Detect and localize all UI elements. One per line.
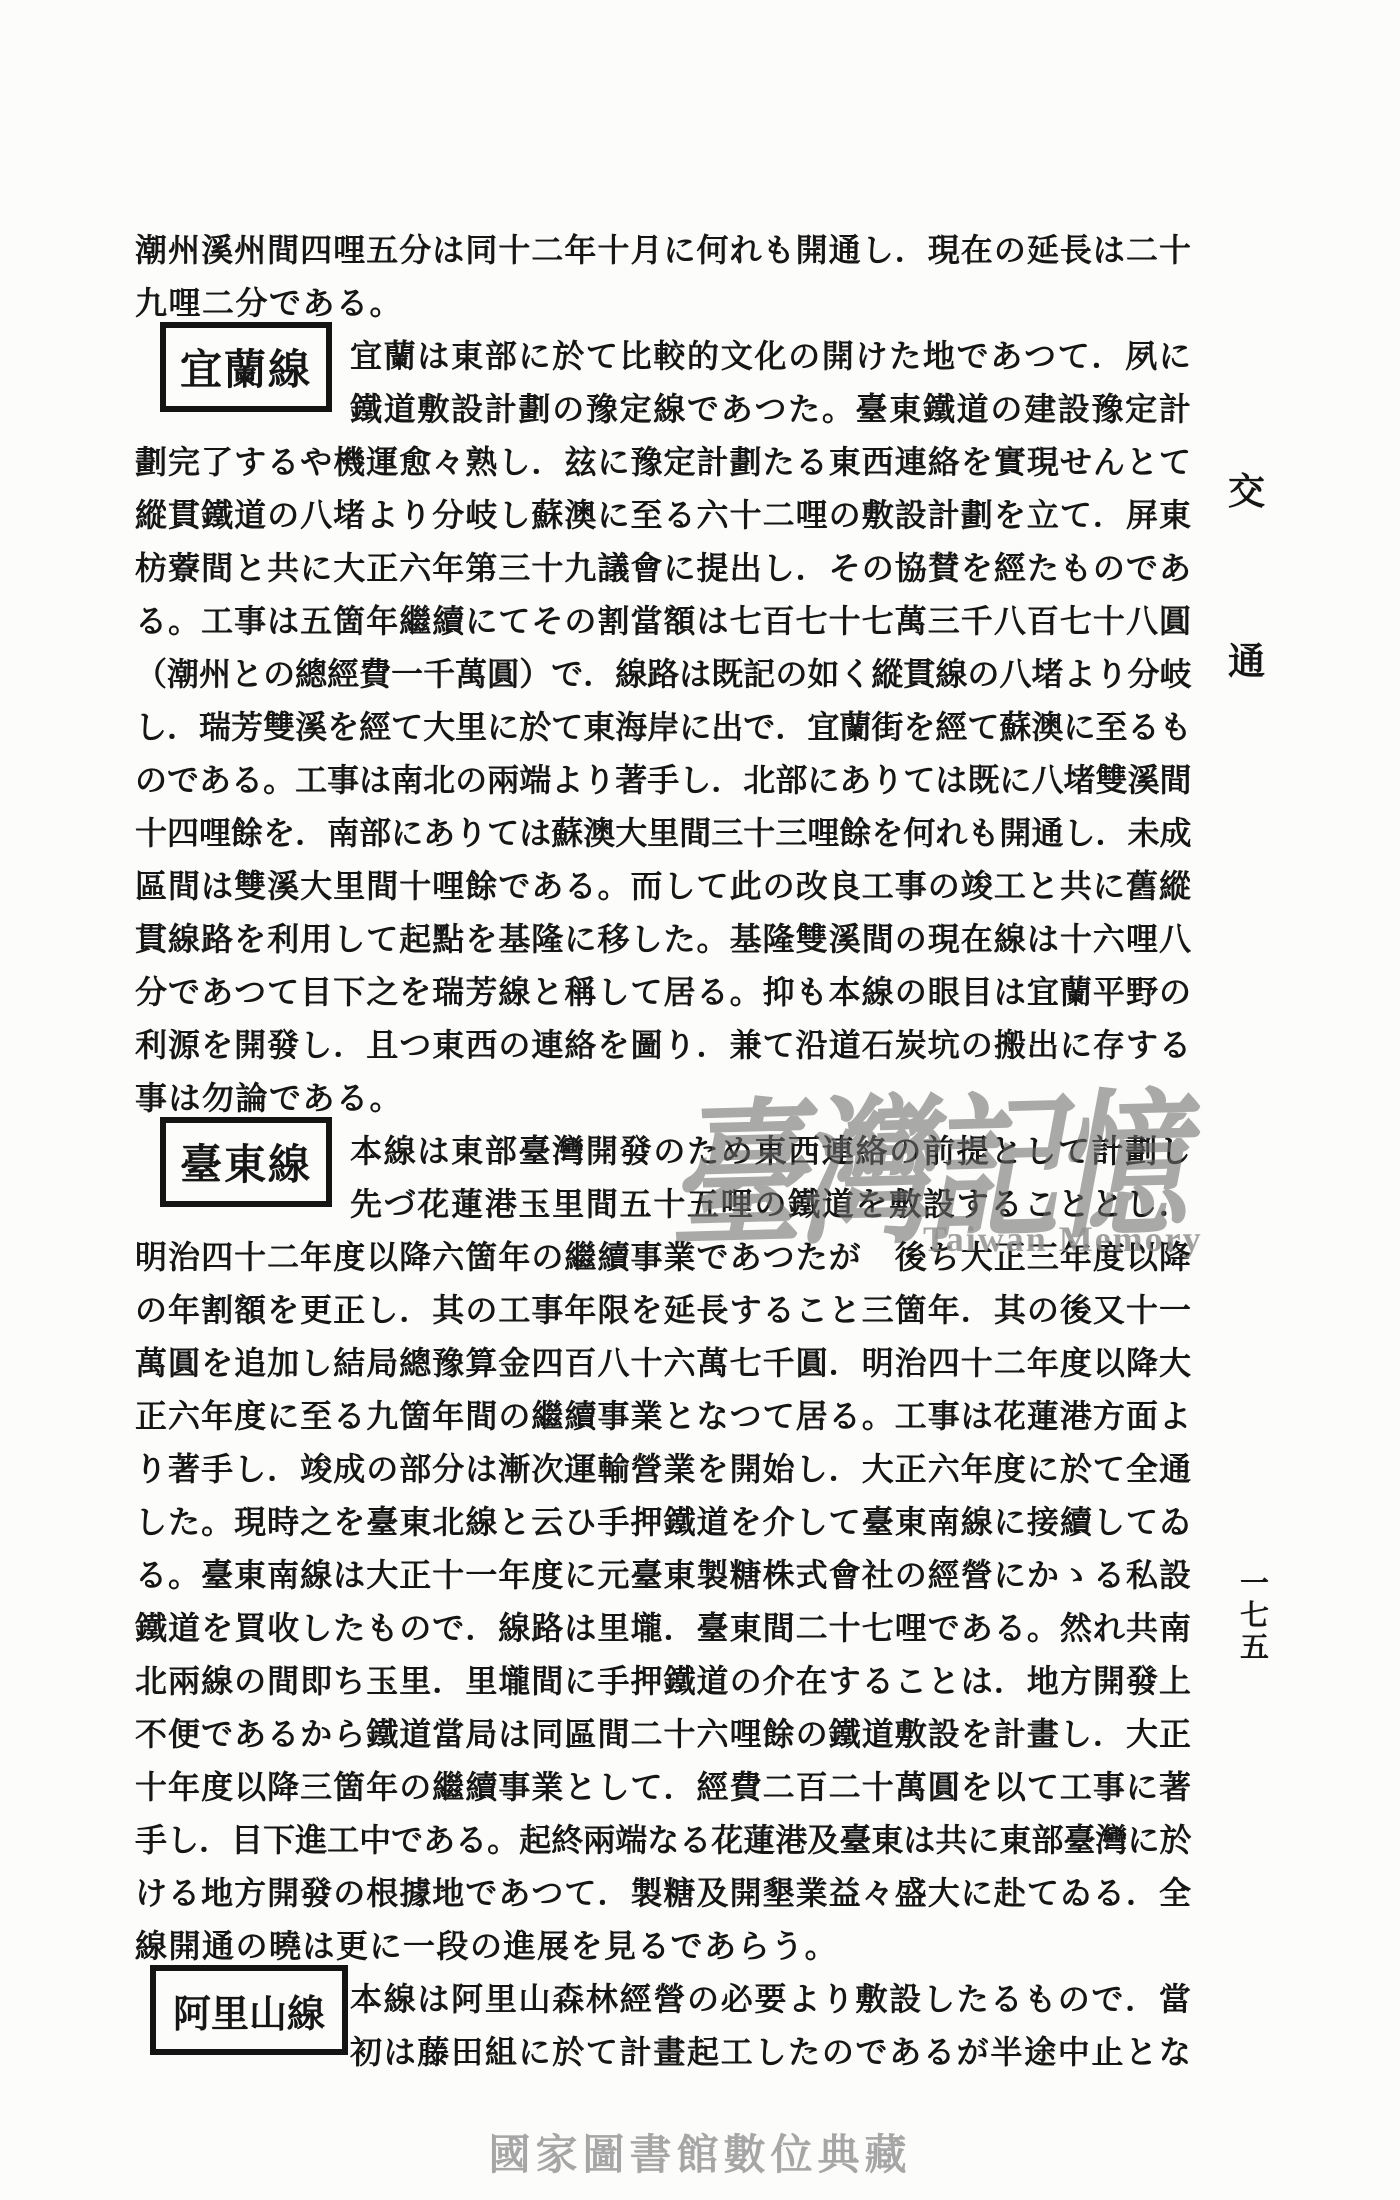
text-line: 利源を開發し．且つ東西の連絡を圖り．兼て沿道石炭坑の搬出に存する <box>135 1025 1191 1065</box>
margin-char: 七 <box>1240 1602 1269 1631</box>
margin-char: 通 <box>1228 644 1265 681</box>
document-text-block: 潮州溪州間四哩五分は同十二年十月に何れも開通し．現在の延長は二十九哩二分である。… <box>0 0 1400 2200</box>
text-line: ける地方開發の根據地であつて．製糖及開墾業益々盛大に赴てゐる．全 <box>135 1873 1191 1913</box>
text-line: 鐵道を買收したもので．線路は里壠．臺東間二十七哩である。然れ共南 <box>135 1608 1191 1648</box>
text-line: 萬圓を追加し結局總豫算金四百八十六萬七千圓．明治四十二年度以降大 <box>135 1343 1191 1383</box>
margin-char: 一 <box>1240 1570 1269 1599</box>
library-collection-footer: 國家圖書館數位典藏 <box>488 2122 911 2182</box>
text-line: 縱貫鐵道の八堵より分岐し蘇澳に至る六十二哩の敷設計劃を立て．屏東 <box>135 495 1191 535</box>
text-line: し．瑞芳雙溪を經て大里に於て東海岸に出で．宜蘭街を經て蘇澳に至るも <box>135 707 1191 747</box>
text-line: 鐵道敷設計劃の豫定線であつた。臺東鐵道の建設豫定計 <box>350 389 1191 429</box>
scanned-document-page: 潮州溪州間四哩五分は同十二年十月に何れも開通し．現在の延長は二十九哩二分である。… <box>0 0 1400 2200</box>
section-label-box: 臺東線 <box>160 1117 332 1207</box>
section-label-box: 阿里山線 <box>150 1965 348 2055</box>
margin-char: 五 <box>1240 1634 1269 1663</box>
text-line: 分であつて目下之を瑞芳線と稱して居る。抑も本線の眼目は宜蘭平野の <box>135 972 1191 1012</box>
text-line: 枋藔間と共に大正六年第三十九議會に提出し．その協賛を經たものであ <box>135 548 1191 588</box>
text-line: 九哩二分である。 <box>135 283 1191 323</box>
text-line: （潮州との總經費一千萬圓）で．線路は既記の如く縱貫線の八堵より分岐 <box>135 654 1191 694</box>
margin-char: 交 <box>1228 474 1265 511</box>
section-label: 臺東線 <box>180 1132 312 1192</box>
text-line: の年割額を更正し．其の工事年限を延長すること三箇年．其の後又十一 <box>135 1290 1191 1330</box>
text-line: 線開通の曉は更に一段の進展を見るであらう。 <box>135 1926 1191 1966</box>
text-line: 本線は阿里山森林經營の必要より敷設したるもので．當 <box>350 1979 1191 2019</box>
text-line: る。工事は五箇年繼續にてその割當額は七百七十七萬三千八百七十八圓 <box>135 601 1191 641</box>
text-line: 初は藤田組に於て計畫起工したのであるが半途中止とな <box>350 2032 1191 2072</box>
text-line: 潮州溪州間四哩五分は同十二年十月に何れも開通し．現在の延長は二十 <box>135 230 1191 270</box>
text-line: 正六年度に至る九箇年間の繼續事業となつて居る。工事は花蓮港方面よ <box>135 1396 1191 1436</box>
text-line: 十四哩餘を．南部にありては蘇澳大里間三十三哩餘を何れも開通し．未成 <box>135 813 1191 853</box>
text-line: 明治四十二年度以降六箇年の繼續事業であつたが 後ち大正三年度以降 <box>135 1237 1191 1277</box>
text-line: 劃完了するや機運愈々熟し．玆に豫定計劃たる東西連絡を實現せんとて <box>135 442 1191 482</box>
text-line: 十年度以降三箇年の繼續事業として．經費二百二十萬圓を以て工事に著 <box>135 1767 1191 1807</box>
page-number: 一七五 <box>1240 1570 1269 1666</box>
section-label: 阿里山線 <box>173 1983 325 2038</box>
text-line: した。現時之を臺東北線と云ひ手押鐵道を介して臺東南線に接續してゐ <box>135 1502 1191 1542</box>
section-label-box: 宜蘭線 <box>160 322 332 412</box>
margin-section-label: 交通 <box>1228 474 1265 814</box>
text-line: 本線は東部臺灣開發のため東西連絡の前提として計劃し <box>350 1131 1191 1171</box>
text-line: 先づ花蓮港玉里間五十五哩の鐵道を敷設することとし． <box>350 1184 1191 1224</box>
text-line: 事は勿論である。 <box>135 1078 1191 1118</box>
text-line: り著手し．竣成の部分は漸次運輸營業を開始し．大正六年度に於て全通 <box>135 1449 1191 1489</box>
text-line: 北兩線の間即ち玉里．里壠間に手押鐵道の介在することは．地方開發上 <box>135 1661 1191 1701</box>
text-line: 手し．目下進工中である。起終兩端なる花蓮港及臺東は共に東部臺灣に於 <box>135 1820 1191 1860</box>
text-line: 宜蘭は東部に於て比較的文化の開けた地であつて．夙に <box>350 336 1191 376</box>
section-label: 宜蘭線 <box>180 337 312 397</box>
text-line: 區間は雙溪大里間十哩餘である。而して此の改良工事の竣工と共に舊縱 <box>135 866 1191 906</box>
text-line: 貫線路を利用して起點を基隆に移した。基隆雙溪間の現在線は十六哩八 <box>135 919 1191 959</box>
text-line: 不便であるから鐵道當局は同區間二十六哩餘の鐵道敷設を計畫し．大正 <box>135 1714 1191 1754</box>
text-line: る。臺東南線は大正十一年度に元臺東製糖株式會社の經營にかゝる私設 <box>135 1555 1191 1595</box>
text-line: のである。工事は南北の兩端より著手し．北部にありては既に八堵雙溪間 <box>135 760 1191 800</box>
